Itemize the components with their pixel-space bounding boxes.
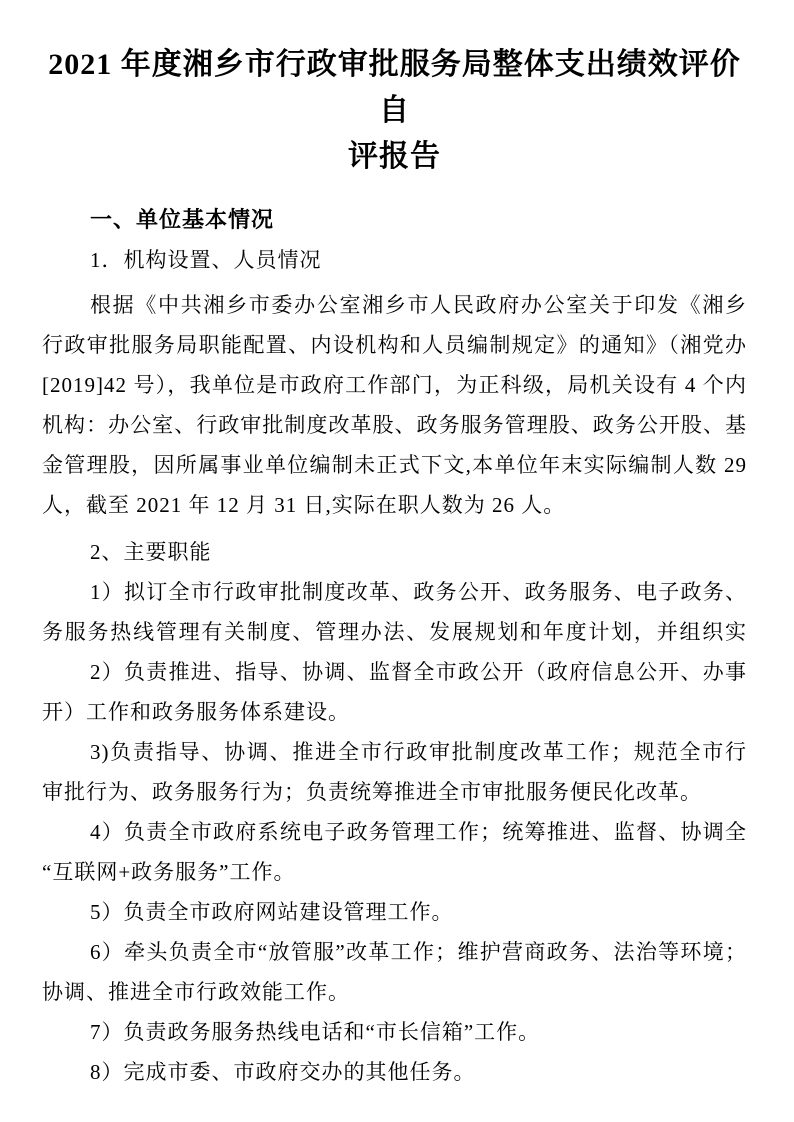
- subheading-main-functions: 2、主要职能: [42, 532, 747, 572]
- paragraph-line: 机构：办公室、行政审批制度改革股、政务服务管理股、政务公开股、基: [42, 405, 747, 445]
- item-line: 审批行为、政务服务行为；负责统筹推进全市审批服务便民化改革。: [42, 772, 747, 812]
- function-item-7: 7）负责政务服务热线电话和“市长信箱”工作。: [42, 1012, 747, 1052]
- title-line-2: 评报告: [42, 134, 747, 180]
- item-line: 1）拟订全市行政审批制度改革、政务公开、政务服务、电子政务、政: [42, 572, 747, 612]
- function-item-3: 3)负责指导、协调、推进全市行政审批制度改革工作；规范全市行政 审批行为、政务服…: [42, 732, 747, 812]
- document-body: 一、单位基本情况 1．机构设置、人员情况 根据《中共湘乡市委办公室湘乡市人民政府…: [42, 200, 747, 1092]
- item-line: 6）牵头负责全市“放管服”改革工作；维护营商政务、法治等环境；: [42, 932, 747, 972]
- section-heading-basic-info: 一、单位基本情况: [42, 200, 747, 240]
- item-line: 8）完成市委、市政府交办的其他任务。: [42, 1052, 747, 1092]
- paragraph-line: 人，截至 2021 年 12 月 31 日,实际在职人数为 26 人。: [42, 485, 747, 525]
- item-line: 4）负责全市政府系统电子政务管理工作；统筹推进、监督、协调全市: [42, 812, 747, 852]
- function-item-4: 4）负责全市政府系统电子政务管理工作；统筹推进、监督、协调全市 “互联网+政务服…: [42, 812, 747, 892]
- paragraph-line: 根据《中共湘乡市委办公室湘乡市人民政府办公室关于印发《湘乡市: [42, 285, 747, 325]
- function-item-2: 2）负责推进、指导、协调、监督全市政公开（政府信息公开、办事公 开）工作和政务服…: [42, 652, 747, 732]
- item-line: 7）负责政务服务热线电话和“市长信箱”工作。: [42, 1012, 747, 1052]
- item-line: 3)负责指导、协调、推进全市行政审批制度改革工作；规范全市行政: [42, 732, 747, 772]
- item-line: 2）负责推进、指导、协调、监督全市政公开（政府信息公开、办事公: [42, 652, 747, 692]
- subheading-org-staff: 1．机构设置、人员情况: [42, 240, 747, 280]
- function-item-8: 8）完成市委、市政府交办的其他任务。: [42, 1052, 747, 1092]
- item-line: 5）负责全市政府网站建设管理工作。: [42, 892, 747, 932]
- paragraph-line: 行政审批服务局职能配置、内设机构和人员编制规定》的通知》（湘党办: [42, 325, 747, 365]
- function-item-5: 5）负责全市政府网站建设管理工作。: [42, 892, 747, 932]
- function-item-6: 6）牵头负责全市“放管服”改革工作；维护营商政务、法治等环境； 协调、推进全市行…: [42, 932, 747, 1012]
- title-text: 年度湘乡市行政审批服务局整体支出绩效评价自: [121, 48, 741, 127]
- function-item-1: 1）拟订全市行政审批制度改革、政务公开、政务服务、电子政务、政 务服务热线管理有…: [42, 572, 747, 652]
- item-line: “互联网+政务服务”工作。: [42, 852, 747, 892]
- document-title: 2021 年度湘乡市行政审批服务局整体支出绩效评价自 评报告: [42, 42, 747, 180]
- title-line-1: 2021 年度湘乡市行政审批服务局整体支出绩效评价自: [42, 42, 747, 134]
- title-year: 2021: [48, 48, 121, 81]
- paragraph-line: 金管理股，因所属事业单位编制未正式下文,本单位年末实际编制人数 29: [42, 445, 747, 485]
- org-setup-paragraph: 根据《中共湘乡市委办公室湘乡市人民政府办公室关于印发《湘乡市 行政审批服务局职能…: [42, 285, 747, 525]
- item-line: 开）工作和政务服务体系建设。: [42, 692, 747, 732]
- document-page: 2021 年度湘乡市行政审批服务局整体支出绩效评价自 评报告 一、单位基本情况 …: [0, 0, 794, 1122]
- item-line: 协调、推进全市行政效能工作。: [42, 972, 747, 1012]
- paragraph-line: [2019]42 号），我单位是市政府工作部门，为正科级，局机关设有 4 个内设: [42, 365, 747, 405]
- item-line: 务服务热线管理有关制度、管理办法、发展规划和年度计划，并组织实施。: [42, 612, 747, 652]
